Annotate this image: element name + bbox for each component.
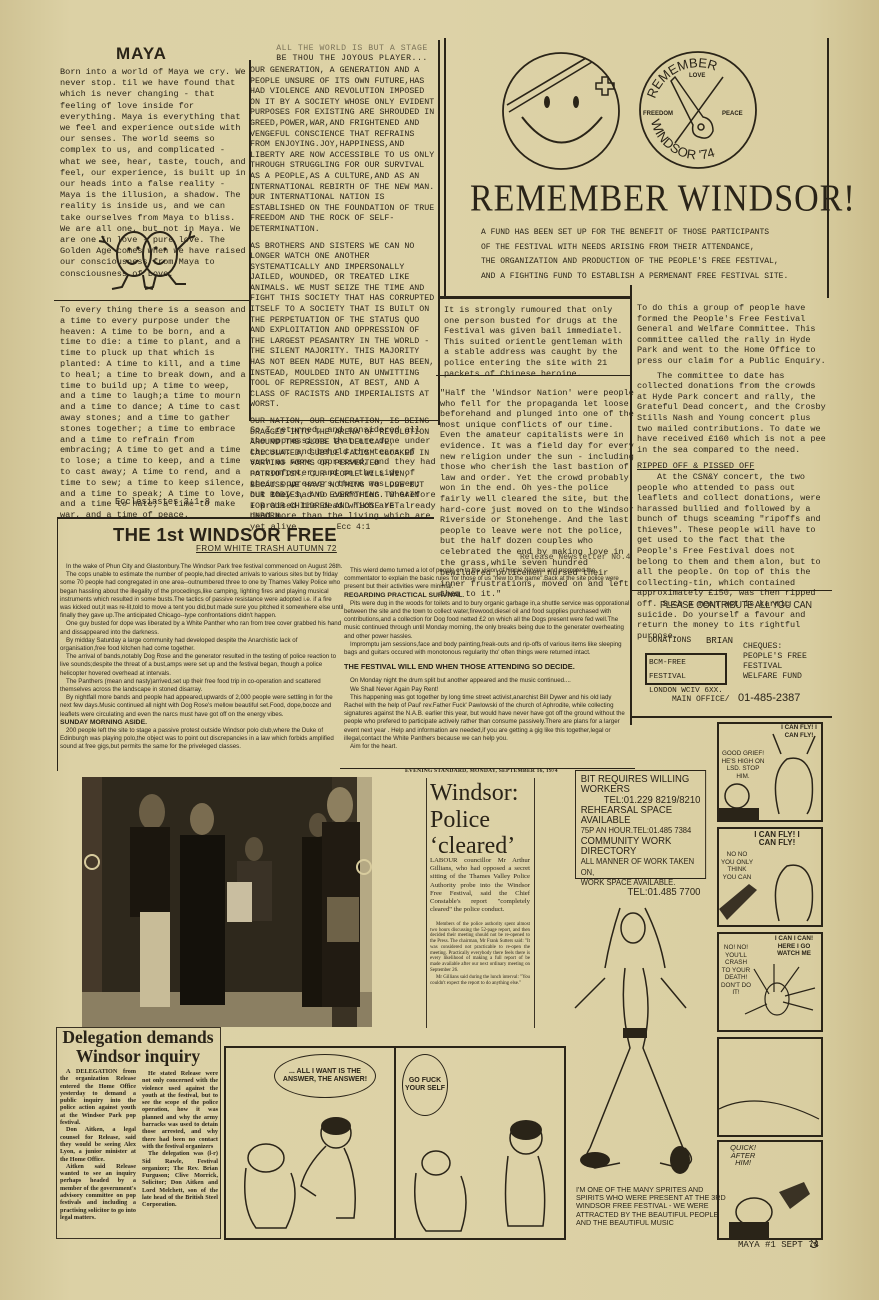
comic-answer-panel-2: GO FUCK YOUR SELF [394, 1046, 566, 1240]
fund-announcement: A FUND HAS BEEN SET UP FOR THE BENEFIT O… [481, 226, 811, 284]
seekers-drawing [226, 1048, 394, 1238]
cheques-line: CHEQUES: [743, 642, 807, 652]
donations-name: BRIAN [706, 636, 733, 646]
paragraph: At the CSN&Y concert, the two people who… [637, 472, 827, 642]
comic-fly-panel-5: QUICK! AFTER HIM! [717, 1140, 823, 1240]
cheques-line: WELFARE FUND [743, 672, 807, 682]
epigraph-line-2: BE THOU THE JOYOUS PLAYER... [272, 54, 432, 64]
comic-fly-panel-2: I CAN FLY! I CAN FLY! NO NO YOU ONLY THI… [717, 827, 823, 927]
cheques-line: FESTIVAL [743, 662, 807, 672]
newspaper-dateline: EVENING STANDARD, MONDAY, SEPTEMBER 16, … [405, 768, 558, 774]
paragraph: The committee to date has collected dona… [637, 371, 827, 456]
paragraph: One guy busted for dope was liberated by… [60, 620, 344, 636]
paragraph: To do this a group of people have formed… [637, 303, 827, 367]
windsor-free-column-2: This wierd demo turned a lot of people o… [344, 567, 632, 751]
headline-line: Police [430, 807, 518, 834]
police-cleared-headline: Windsor: Police ‘cleared’ [430, 780, 518, 860]
paragraph: On Monday night the drum split but anoth… [344, 677, 632, 685]
paragraph: The cops unable to estimate the number o… [60, 571, 344, 620]
paragraph: Aitken said Release wanted to see an inq… [60, 1163, 136, 1221]
section-heading: SUNDAY MORNING ASIDE. [60, 719, 344, 727]
badge-peace-text: PEACE [722, 111, 743, 117]
windsor-free-headline: THE 1st WINDSOR FREE [113, 524, 337, 546]
headline-line: ‘cleared’ [430, 833, 518, 860]
running-man-drawing [719, 1142, 821, 1238]
donation-address-box: BCM-FREE FESTIVAL LONDON WCIV 6XX. [645, 653, 727, 685]
badge-top-text: REMEMBER [644, 55, 719, 100]
bit-workers-line: BIT REQUIRES WILLING WORKERS [581, 775, 701, 796]
flying-man-drawing [719, 724, 821, 820]
remember-windsor-headline: REMEMBER WINDSOR! [470, 178, 856, 221]
smiley-face-icon [500, 50, 622, 172]
comic-fly-panel-4 [717, 1037, 823, 1137]
cheques-info: CHEQUES: PEOPLE'S FREE FESTIVAL WELFARE … [743, 642, 807, 682]
donations-label: DONATIONS [648, 636, 691, 645]
section-heading: THE FESTIVAL WILL END WHEN THOSE ATTENDI… [344, 663, 632, 671]
paragraph: Aim for the heart. [344, 743, 632, 751]
community-directory-detail: ALL MANNER OF WORK TAKEN ON, [581, 857, 701, 878]
police-cleared-body: Members of the police authority spent al… [430, 922, 530, 989]
svg-text:WINDSOR '74: WINDSOR '74 [648, 117, 717, 162]
paragraph: By nightfall more bands and people had a… [60, 694, 344, 719]
column-rule [438, 40, 440, 425]
comic-drawing [719, 1039, 821, 1135]
contribute-heading: PLEASE CONTRIBUTE ALL YOU CAN [660, 600, 812, 611]
paragraph: By midday Saturday a large community had… [60, 637, 344, 653]
paragraph: The delegation was (l-r) Sid Rawle, Fest… [142, 1150, 218, 1208]
page-footer-publication: MAYA #1 SEPT 74 [738, 1240, 819, 1250]
paragraph: OUR GENERATION, A GENERATION AND A PEOPL… [250, 66, 436, 236]
comic-fly-panel-1: I CAN FLY! I CAN FLY! GOOD GRIEF! HE'S H… [717, 722, 823, 822]
windsor-free-subtitle: FROM WHITE TRASH AUTUMN 72 [196, 544, 337, 553]
horizontal-rule [249, 420, 439, 421]
remember-windsor-badge-icon: REMEMBER WINDSOR '74 LOVE FREEDOM PEACE [637, 47, 759, 177]
horizontal-rule [632, 590, 832, 591]
comic-answer-panel-1: ... ALL I WANT IS THE ANSWER, THE ANSWER… [224, 1046, 396, 1240]
epigraph-line-1: ALL THE WORLD IS BUT A STAGE [272, 44, 432, 54]
fund-line: A FUND HAS BEEN SET UP FOR THE BENEFIT O… [481, 226, 811, 241]
main-office-phone: 01-485-2387 [738, 692, 800, 704]
guitar-icon [671, 77, 723, 143]
box-border [444, 38, 446, 298]
delegation-headline: Delegation demands Windsor inquiry [58, 1028, 218, 1065]
sprite-figure-drawing [565, 888, 715, 1188]
paragraph: Pits were dug in the woods for toilets a… [344, 600, 632, 641]
rehearsal-space-line: REHEARSAL SPACE AVAILABLE [581, 806, 701, 827]
dancing-figures-illustration [98, 222, 198, 292]
delegation-column-2: He stated Release were not only concerne… [142, 1070, 218, 1209]
paragraph: Don Aitken, a legal counsel for Release,… [60, 1126, 136, 1162]
badge-freedom-text: FREEDOM [643, 111, 673, 117]
paragraph: Members of the police authority spent al… [430, 922, 530, 973]
badge-bottom-text: WINDSOR '74 [648, 117, 717, 162]
bit-classifieds-box: BIT REQUIRES WILLING WORKERS TEL:01.229 … [575, 770, 706, 879]
paragraph: The arrival of bands,notably Dog Rose an… [60, 653, 344, 678]
badge-love-text: LOVE [689, 73, 705, 79]
fund-line: THE ORGANIZATION AND PRODUCTION OF THE P… [481, 255, 811, 270]
delegation-photo [82, 777, 372, 1027]
rumour-article: It is strongly rumoured that only one pe… [444, 305, 630, 379]
paragraph: This wierd demo turned a lot of people o… [344, 567, 632, 592]
section-heading: REGARDING PRACTICAL SURVIVAL. [344, 592, 632, 600]
flying-man-drawing [719, 934, 821, 1030]
delegation-column-1: A DELEGATION from the organization Relea… [60, 1068, 136, 1221]
paragraph: We Shall Never Again Pay Rent! [344, 686, 632, 694]
committee-article: To do this a group of people have formed… [637, 303, 827, 645]
ecclesiastes-reference: Ecclesiastes 3:1-8 [115, 497, 210, 507]
svg-text:REMEMBER: REMEMBER [644, 55, 719, 100]
flying-man-drawing [719, 829, 821, 925]
paragraph: Impromptu jam sessions,face and body pai… [344, 641, 632, 657]
horizontal-rule [436, 375, 630, 376]
paragraph: 200 people left the site to stage a pass… [60, 727, 344, 752]
paragraph: AS BROTHERS AND SISTERS WE CAN NO LONGER… [250, 242, 436, 412]
paragraph: The Panthers (mean and nasty)arrived,set… [60, 678, 344, 694]
paragraph: In the wake of Phun City and Glastonbury… [60, 563, 344, 571]
paragraph: This happening was got together by long … [344, 694, 632, 743]
maya-title: MAYA [116, 44, 167, 64]
fund-line: OF THE FESTIVAL WITH NEEDS ARISING FROM … [481, 241, 811, 256]
stage-epigraph: ALL THE WORLD IS BUT A STAGE BE THOU THE… [272, 44, 432, 64]
ecclesiastes-passage: To every thing there is a season and a t… [60, 305, 250, 521]
cheques-line: PEOPLE'S FREE [743, 652, 807, 662]
box-border [827, 38, 829, 298]
headline-line: Delegation demands [58, 1028, 218, 1047]
horizontal-rule [632, 716, 832, 718]
fund-line: AND A FIGHTING FUND TO ESTABLISH A PERME… [481, 270, 811, 285]
headline-line: Windsor inquiry [58, 1047, 218, 1066]
comic-fly-panel-3: I CAN I CAN! HERE I GO WATCH ME NO! NO! … [717, 932, 823, 1032]
paragraph: A DELEGATION from the organization Relea… [60, 1068, 136, 1126]
horizontal-rule [440, 296, 630, 299]
police-cleared-lead: LABOUR councillor Mr Arthur Gillians, wh… [430, 857, 530, 914]
address-line: BCM-FREE FESTIVAL [649, 656, 723, 684]
paragraph: He stated Release were not only concerne… [142, 1070, 218, 1150]
sprite-caption: I'M ONE OF THE MANY SPRITES AND SPIRITS … [576, 1186, 726, 1227]
guru-drawing [396, 1048, 564, 1238]
paragraph: Mr Gillians said during the lunch interv… [430, 975, 530, 986]
page-number: 3 [810, 1235, 818, 1251]
windsor-free-column-1: In the wake of Phun City and Glastonbury… [60, 563, 344, 752]
horizontal-rule [54, 300, 249, 301]
quote-source: Release Newsletter No.4 [520, 553, 630, 562]
headline-line: Windsor: [430, 780, 518, 807]
main-office-label: MAIN OFFICE/ [672, 695, 730, 704]
photo-image [82, 777, 372, 1027]
section-heading: RIPPED OFF & PISSED OFF [637, 461, 827, 472]
community-directory-line: COMMUNITY WORK DIRECTORY [581, 837, 701, 858]
